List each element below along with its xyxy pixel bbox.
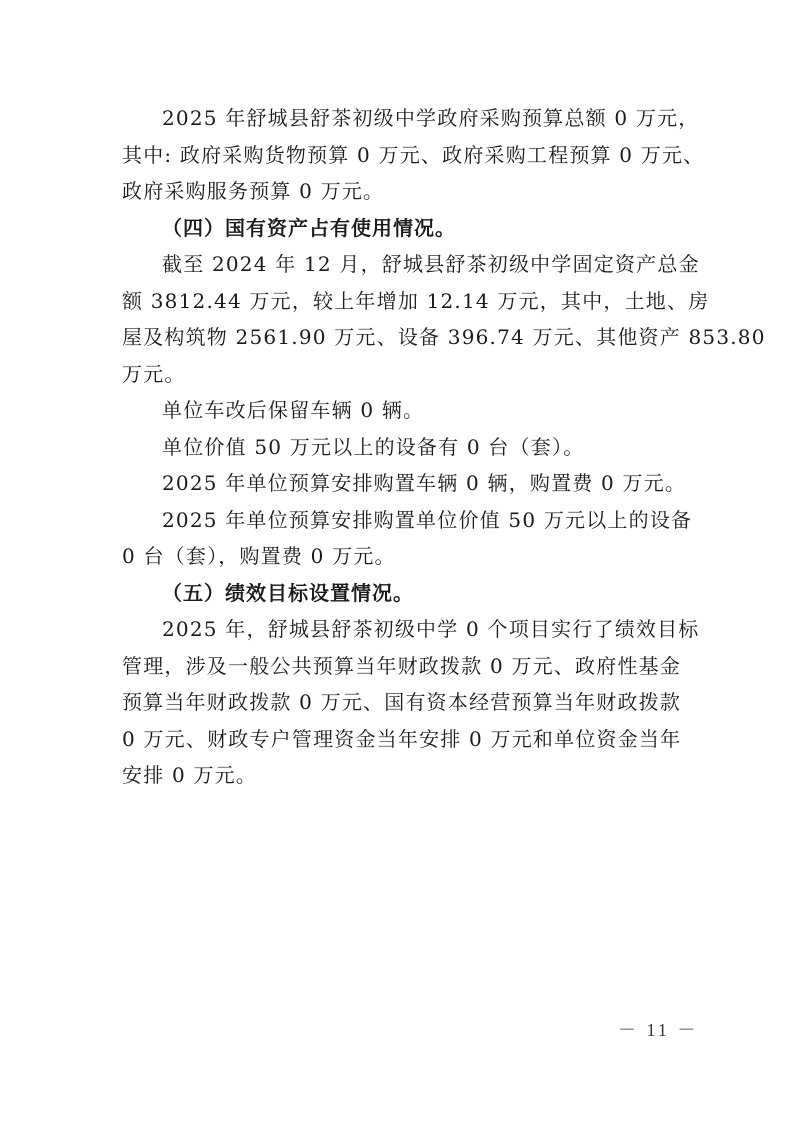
text-line: 额 3812.44 万元，较上年增加 12.14 万元，其中，土地、房 <box>122 283 674 320</box>
paragraph-procurement-budget: 2025 年舒城县舒茶初级中学政府采购预算总额 0 万元， 其中: 政府采购货物… <box>122 100 674 210</box>
text-line: 屋及构筑物 2561.90 万元、设备 396.74 万元、其他资产 853.8… <box>122 319 674 356</box>
text-line: 2025 年单位预算安排购置单位价值 50 万元以上的设备 <box>122 502 674 539</box>
text-line: 预算当年财政拨款 0 万元、国有资本经营预算当年财政拨款 <box>122 684 674 721</box>
paragraph-equipment-over-50: 单位价值 50 万元以上的设备有 0 台（套）。 <box>122 429 674 466</box>
text-line: 2025 年舒城县舒茶初级中学政府采购预算总额 0 万元， <box>122 100 674 137</box>
text-line: 0 万元、财政专户管理资金当年安排 0 万元和单位资金当年 <box>122 721 674 758</box>
page-number: － 11 － <box>618 1016 698 1042</box>
text-line: 管理，涉及一般公共预算当年财政拨款 0 万元、政府性基金 <box>122 648 674 685</box>
text-line: 政府采购服务预算 0 万元。 <box>122 173 674 210</box>
paragraph-performance-management: 2025 年，舒城县舒茶初级中学 0 个项目实行了绩效目标 管理，涉及一般公共预… <box>122 611 674 794</box>
section-heading-state-assets: （四）国有资产占有使用情况。 <box>122 210 674 247</box>
paragraph-retained-vehicles: 单位车改后保留车辆 0 辆。 <box>122 392 674 429</box>
text-line: 万元。 <box>122 356 674 393</box>
text-line: 安排 0 万元。 <box>122 757 674 794</box>
paragraph-equipment-purchase: 2025 年单位预算安排购置单位价值 50 万元以上的设备 0 台（套），购置费… <box>122 502 674 575</box>
text-line: 其中: 政府采购货物预算 0 万元、政府采购工程预算 0 万元、 <box>122 137 674 174</box>
paragraph-fixed-assets: 截至 2024 年 12 月，舒城县舒茶初级中学固定资产总金 额 3812.44… <box>122 246 674 392</box>
section-heading-performance-goals: （五）绩效目标设置情况。 <box>122 575 674 612</box>
document-page: 2025 年舒城县舒茶初级中学政府采购预算总额 0 万元， 其中: 政府采购货物… <box>122 100 674 794</box>
text-line: 2025 年，舒城县舒茶初级中学 0 个项目实行了绩效目标 <box>122 611 674 648</box>
text-line: 截至 2024 年 12 月，舒城县舒茶初级中学固定资产总金 <box>122 246 674 283</box>
text-line: 0 台（套），购置费 0 万元。 <box>122 538 674 575</box>
paragraph-vehicle-purchase: 2025 年单位预算安排购置车辆 0 辆，购置费 0 万元。 <box>122 465 674 502</box>
